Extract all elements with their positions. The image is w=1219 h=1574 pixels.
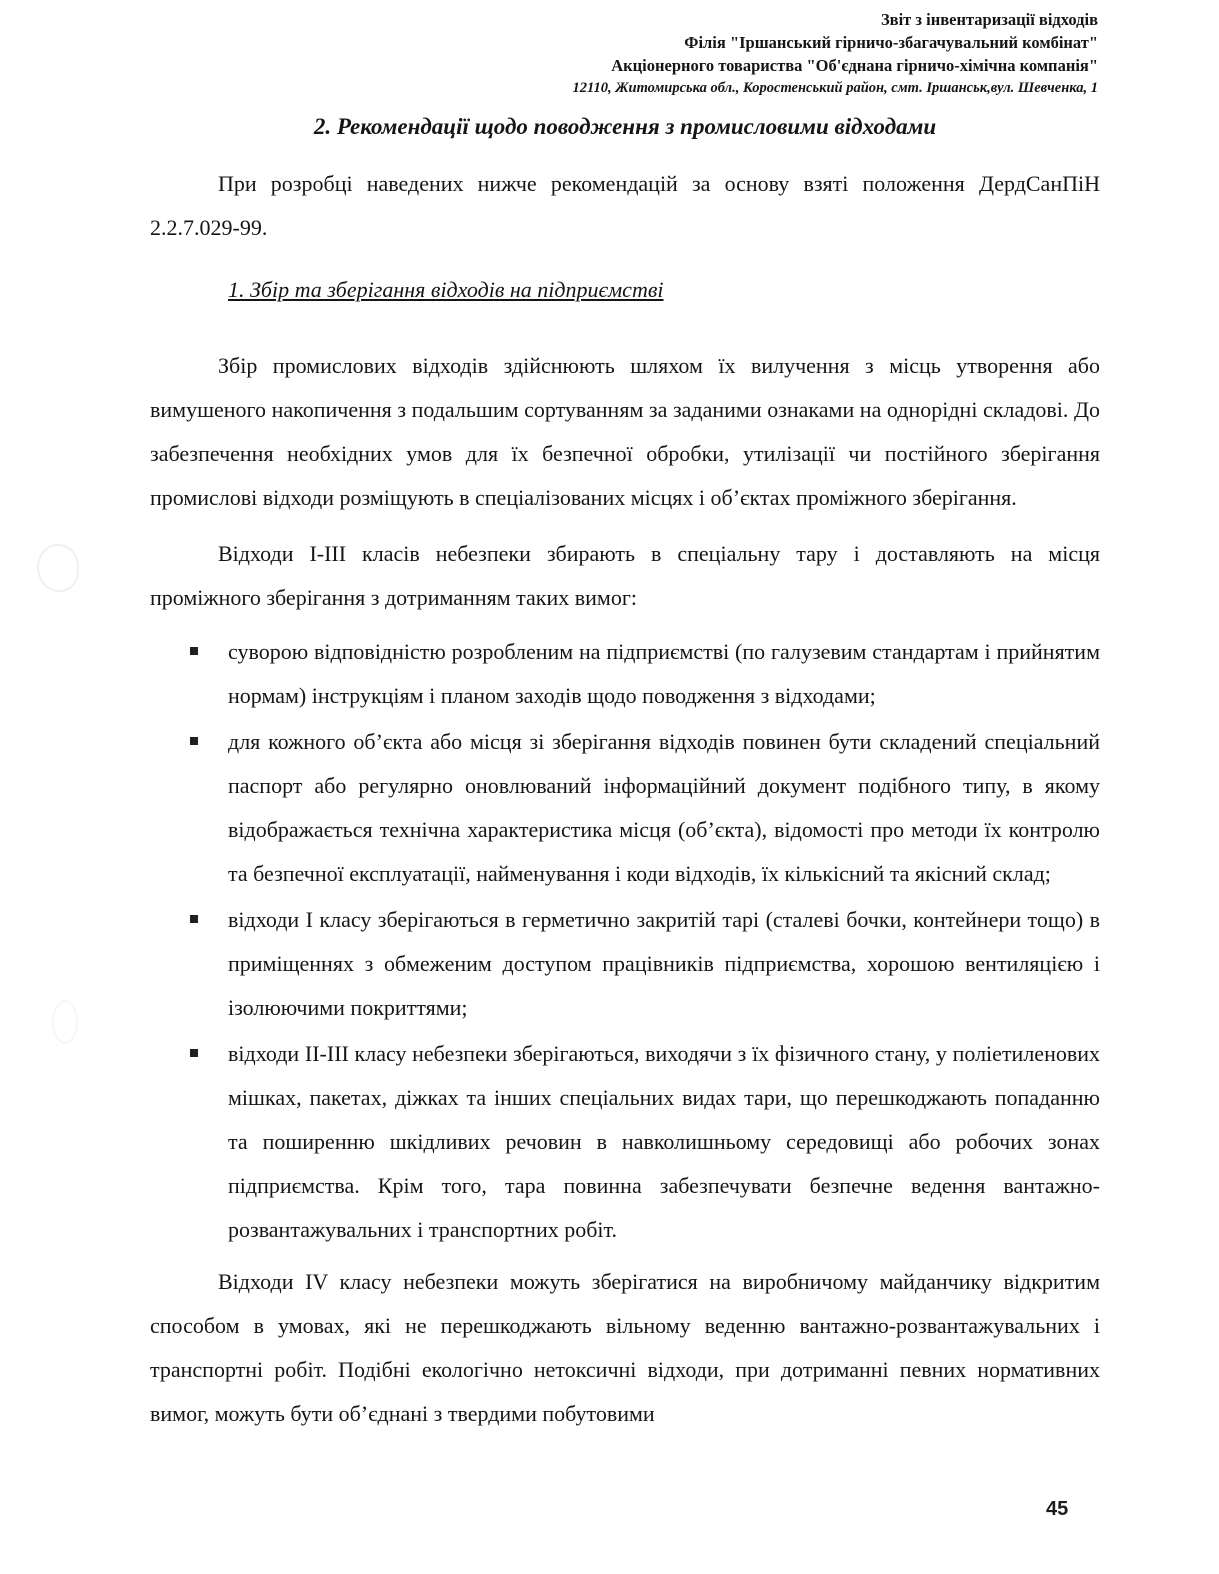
report-title: Звіт з інвентаризації відходів [573, 8, 1098, 31]
square-bullet-icon [190, 647, 198, 655]
list-item-text: для кожного об’єкта або місця зі зберіга… [228, 729, 1100, 886]
document-body: 2. Рекомендації щодо поводження з промис… [150, 100, 1100, 1436]
scan-artifact [37, 544, 79, 592]
list-item: для кожного об’єкта або місця зі зберіга… [150, 720, 1100, 896]
square-bullet-icon [190, 1049, 198, 1057]
square-bullet-icon [190, 915, 198, 923]
company-name: Акціонерного товариства "Об'єднана гірни… [573, 54, 1098, 77]
list-item: відходи II-III класу небезпеки зберігают… [150, 1032, 1100, 1252]
paragraph-waste-collection: Збір промислових відходів здійснюють шля… [150, 344, 1100, 520]
square-bullet-icon [190, 737, 198, 745]
scan-artifact [52, 1000, 78, 1044]
list-item: суворою відповідністю розробленим на під… [150, 630, 1100, 718]
list-item-text: суворою відповідністю розробленим на під… [228, 639, 1100, 708]
paragraph-class-4: Відходи IV класу небезпеки можуть зберіг… [150, 1260, 1100, 1436]
list-item-text: відходи II-III класу небезпеки зберігают… [228, 1041, 1100, 1242]
document-page: Звіт з інвентаризації відходів Філія "Ір… [0, 0, 1219, 1574]
section-title: 2. Рекомендації щодо поводження з промис… [150, 112, 1100, 142]
company-address: 12110, Житомирська обл., Коростенський р… [573, 77, 1098, 100]
subsection-title: 1. Збір та зберігання відходів на підпри… [228, 268, 664, 312]
page-number: 45 [1046, 1498, 1068, 1521]
document-header: Звіт з інвентаризації відходів Філія "Ір… [573, 8, 1098, 100]
paragraph-classes-1-3: Відходи I-III класів небезпеки збирають … [150, 532, 1100, 620]
requirements-list: суворою відповідністю розробленим на під… [150, 630, 1100, 1252]
list-item-text: відходи I класу зберігаються в герметичн… [228, 907, 1100, 1020]
branch-name: Філія "Іршанський гірничо-збагачувальний… [573, 31, 1098, 54]
list-item: відходи I класу зберігаються в герметичн… [150, 898, 1100, 1030]
intro-paragraph: При розробці наведених нижче рекомендаці… [150, 162, 1100, 250]
